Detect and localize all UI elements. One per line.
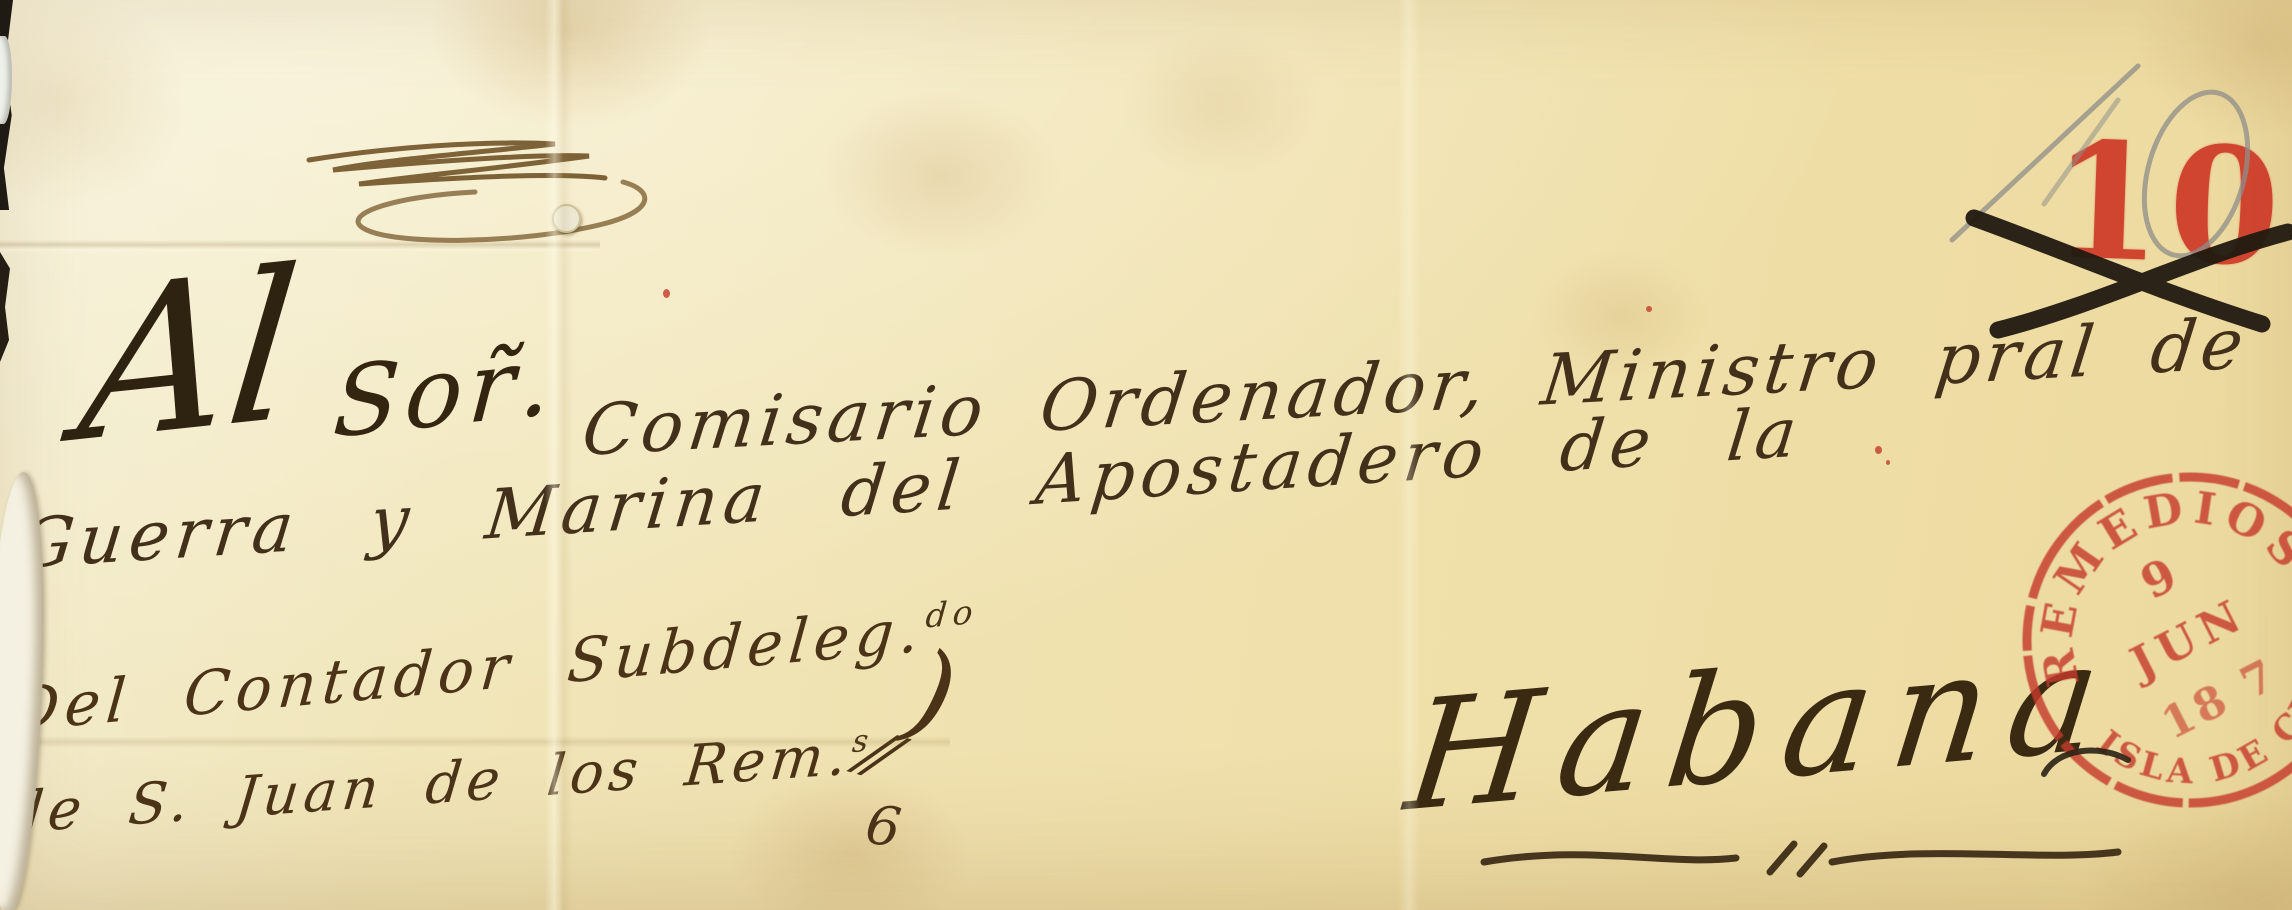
red-speck xyxy=(1646,306,1652,312)
address-salutation-al: Al xyxy=(72,242,306,473)
red-speck xyxy=(1886,460,1890,465)
letter-cover-scan: { "recipient": { "salutation_large": "Al… xyxy=(0,0,2292,910)
docket-number: 6 xyxy=(862,793,905,860)
address-salutation-senor: Sor̃. xyxy=(330,323,561,460)
remedios-datestamp: REMEDIOS ISLA DE CUBA 9 JUN 18 7 xyxy=(1985,425,2292,865)
fold-crease-horizontal xyxy=(0,240,600,254)
torn-edge-dark-lower xyxy=(0,252,10,362)
docket-line1: Del Contador Subdeleg.do xyxy=(8,591,980,746)
red-speck xyxy=(663,289,670,298)
red-speck xyxy=(1875,446,1882,454)
datestamp-day: 9 xyxy=(2132,547,2185,610)
fold-crease-vertical xyxy=(545,0,573,910)
fold-crease-horizontal-lower xyxy=(0,736,950,748)
black-ink-cross xyxy=(1958,196,2292,346)
ink-flourish-scribble xyxy=(303,126,665,258)
ink-curl-mark xyxy=(2038,742,2134,786)
letter-cover-paper: Al Sor̃. Comisario Ordenador, Ministro p… xyxy=(0,0,2292,910)
docket-line1-text: Del Contador Subdeleg. xyxy=(8,595,928,746)
fold-crease-vertical-right xyxy=(1398,0,1420,910)
